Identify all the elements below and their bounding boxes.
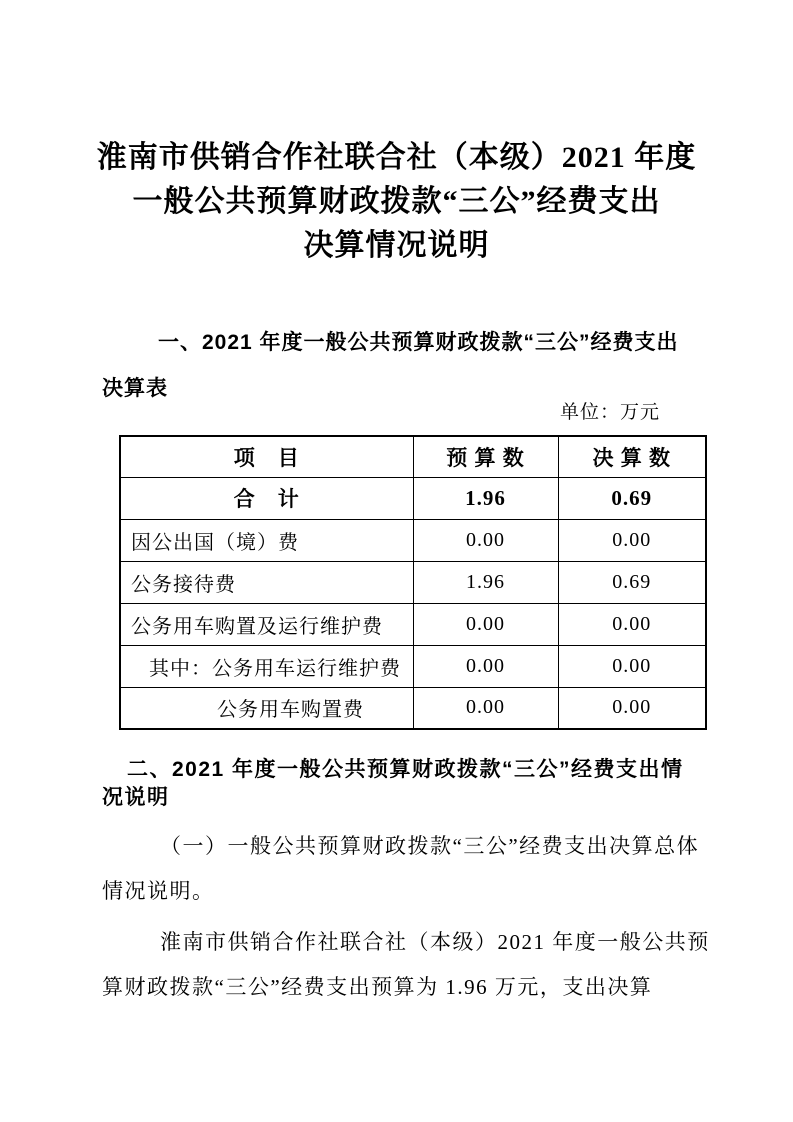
row-label-vehicle-purchase-and-operation: 公务用车购置及运行维护费 (120, 603, 413, 645)
section-1-heading-line-1: 一、2021 年度一般公共预算财政拨款“三公”经费支出 (102, 320, 705, 366)
table-row-vehicle-purchase: 公务用车购置费 0.00 0.00 (120, 687, 706, 729)
vehicle-purchase-budget-value: 0.00 (413, 687, 558, 729)
document-title: 淮南市供销合作社联合社（本级）2021 年度 一般公共预算财政拨款“三公”经费支… (56, 136, 737, 268)
table-row-vehicle-purchase-and-operation: 公务用车购置及运行维护费 0.00 0.00 (120, 603, 706, 645)
total-budget-value: 1.96 (413, 477, 558, 519)
paragraph-detail-note-line-1: 淮南市供销合作社联合社（本级）2021 年度一般公共预 (102, 920, 705, 965)
vehicle-total-budget-value: 0.00 (413, 603, 558, 645)
row-label-abroad-expense: 因公出国（境）费 (120, 519, 413, 561)
abroad-final-value: 0.00 (558, 519, 706, 561)
reception-final-value: 0.69 (558, 561, 706, 603)
paragraph-overall-note-line-2: 情况说明。 (102, 869, 705, 914)
row-label-vehicle-purchase: 公务用车购置费 (120, 687, 413, 729)
table-row-reception-expense: 公务接待费 1.96 0.69 (120, 561, 706, 603)
vehicle-operation-final-value: 0.00 (558, 645, 706, 687)
row-label-vehicle-operation: 其中：公务用车运行维护费 (120, 645, 413, 687)
title-line-1: 淮南市供销合作社联合社（本级）2021 年度 (56, 136, 737, 180)
document-body: 一、2021 年度一般公共预算财政拨款“三公”经费支出 决算表 单位：万元 项 … (0, 320, 705, 1010)
table-unit-note: 单位：万元 (102, 400, 660, 426)
vehicle-purchase-final-value: 0.00 (558, 687, 706, 729)
document-page: 淮南市供销合作社联合社（本级）2021 年度 一般公共预算财政拨款“三公”经费支… (0, 0, 793, 1122)
column-header-item: 项 目 (120, 436, 413, 477)
table-row-total: 合 计 1.96 0.69 (120, 477, 706, 519)
column-header-budget: 预 算 数 (413, 436, 558, 477)
table-row-abroad-expense: 因公出国（境）费 0.00 0.00 (120, 519, 706, 561)
paragraph-detail-note: 淮南市供销合作社联合社（本级）2021 年度一般公共预 算财政拨款“三公”经费支… (102, 920, 705, 1010)
row-label-total: 合 计 (120, 477, 413, 519)
title-line-2: 一般公共预算财政拨款“三公”经费支出 (56, 180, 737, 224)
section-2-heading-line-1: 二、2021 年度一般公共预算财政拨款“三公”经费支出情 (102, 756, 705, 784)
table-row-vehicle-operation: 其中：公务用车运行维护费 0.00 0.00 (120, 645, 706, 687)
section-2-heading-line-2: 况说明 (102, 784, 705, 812)
row-label-reception-expense: 公务接待费 (120, 561, 413, 603)
paragraph-overall-note: （一）一般公共预算财政拨款“三公”经费支出决算总体 情况说明。 (102, 824, 705, 914)
section-1-heading: 一、2021 年度一般公共预算财政拨款“三公”经费支出 决算表 (102, 320, 705, 412)
paragraph-detail-note-line-2: 算财政拨款“三公”经费支出预算为 1.96 万元，支出决算 (102, 965, 705, 1010)
paragraph-overall-note-line-1: （一）一般公共预算财政拨款“三公”经费支出决算总体 (102, 824, 705, 869)
column-header-final: 决 算 数 (558, 436, 706, 477)
title-line-3: 决算情况说明 (56, 224, 737, 268)
section-2-heading: 二、2021 年度一般公共预算财政拨款“三公”经费支出情 况说明 (102, 756, 705, 812)
three-public-expenditure-table: 项 目 预 算 数 决 算 数 合 计 1.96 0.69 因公出国（境）费 0… (119, 435, 707, 730)
abroad-budget-value: 0.00 (413, 519, 558, 561)
total-final-value: 0.69 (558, 477, 706, 519)
reception-budget-value: 1.96 (413, 561, 558, 603)
vehicle-operation-budget-value: 0.00 (413, 645, 558, 687)
vehicle-total-final-value: 0.00 (558, 603, 706, 645)
table-header-row: 项 目 预 算 数 决 算 数 (120, 436, 706, 477)
